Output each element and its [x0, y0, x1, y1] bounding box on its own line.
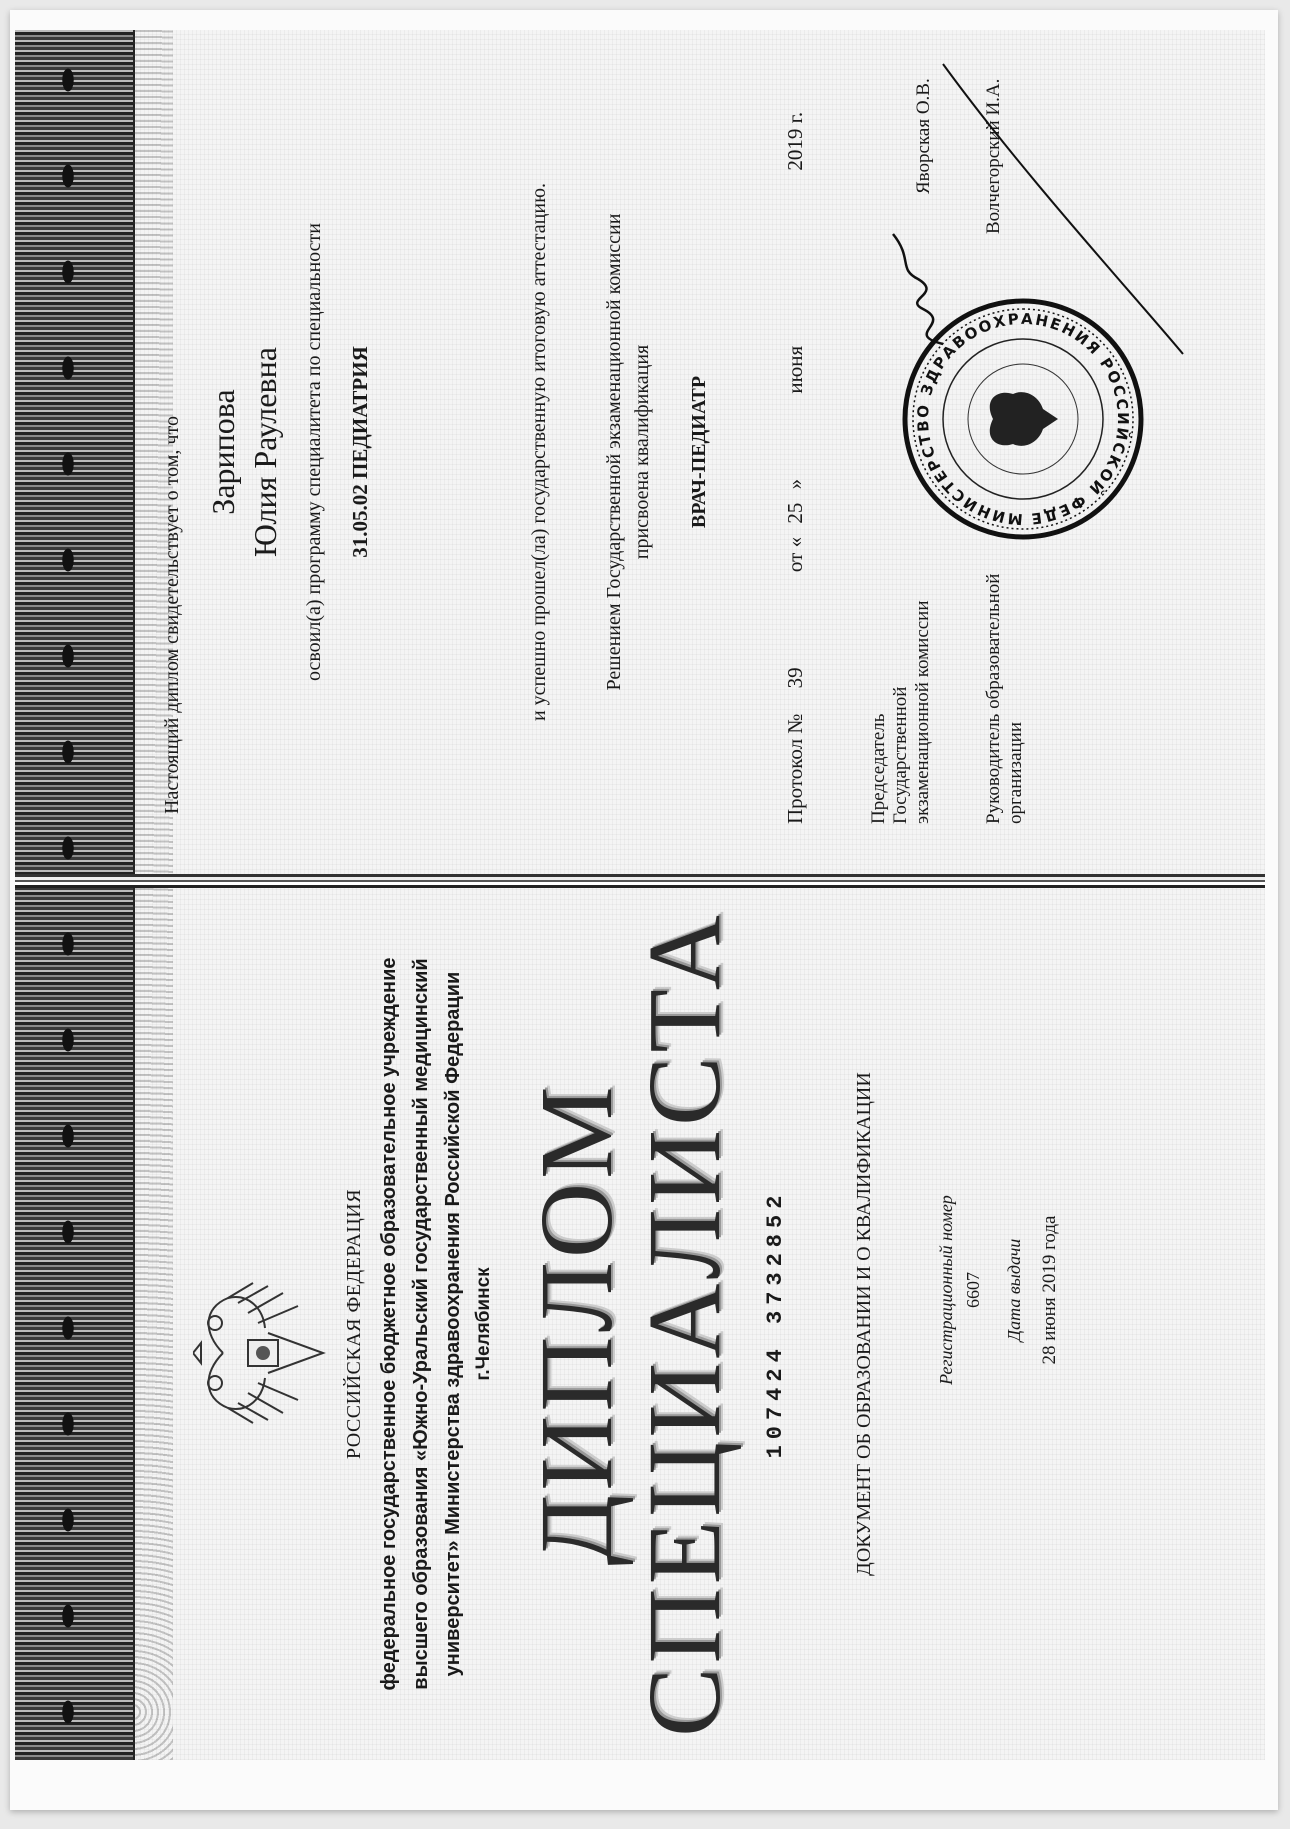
given-names: Юлия Раулевна [245, 30, 285, 874]
double-headed-eagle-icon [193, 1278, 333, 1428]
content-page: Настоящий диплом свидетельствует о том, … [133, 30, 1265, 874]
protocol-line: Протокол № 39 от « 25 » июня 2019 г. [783, 30, 808, 824]
document-type: ДОКУМЕНТ ОБ ОБРАЗОВАНИИ И О КВАЛИФИКАЦИИ [853, 888, 876, 1760]
chair-name: Яворская О.В. [913, 78, 935, 194]
issue-date: 28 июня 2019 года [1036, 1150, 1063, 1430]
cover-page: РОССИЙСКАЯ ФЕДЕРАЦИЯ федеральное государ… [133, 888, 1265, 1760]
decision-text-line1: Решением Государственной экзаменационной… [603, 30, 626, 874]
center-fold [15, 874, 1265, 888]
registration-block: Регистрационный номер 6607 Дата выдачи 2… [933, 1150, 1063, 1430]
intro-text: Настоящий диплом свидетельствует о том, … [161, 30, 184, 814]
signature-stroke-icon [933, 54, 1193, 374]
registration-label: Регистрационный номер [933, 1150, 960, 1430]
diploma-document: РОССИЙСКАЯ ФЕДЕРАЦИЯ федеральное государ… [15, 30, 1265, 1760]
head-label: Руководитель образовательной организации [983, 574, 1027, 824]
protocol-day: 25 [783, 503, 807, 524]
city: г.Челябинск [473, 888, 495, 1760]
registration-number: 6607 [960, 1150, 987, 1430]
document-title: ДИПЛОМ СПЕЦИАЛИСТА [523, 888, 739, 1760]
protocol-number: 39 [783, 667, 807, 688]
surname: Зарипова [203, 30, 243, 874]
guilloche-border [15, 30, 135, 1760]
protocol-year: 2019 г. [783, 112, 807, 171]
institution-name: федеральное государственное бюджетное об… [373, 948, 469, 1700]
decision-text-line2: присвоена квалификация [631, 30, 654, 874]
issue-date-label: Дата выдачи [1001, 1150, 1028, 1430]
specialty: 31.05.02 ПЕДИАТРИЯ [348, 30, 373, 874]
attestation-text: и успешно прошел(ла) государственную ито… [528, 30, 551, 874]
country-heading: РОССИЙСКАЯ ФЕДЕРАЦИЯ [343, 888, 366, 1760]
serial-number: 107424 3732852 [763, 888, 788, 1760]
qualification: ВРАЧ-ПЕДИАТР [688, 30, 711, 874]
chair-label: Председатель Государственной экзаменацио… [868, 600, 934, 824]
protocol-month: июня [783, 346, 807, 394]
program-text: освоил(а) программу специалитета по спец… [303, 30, 326, 874]
